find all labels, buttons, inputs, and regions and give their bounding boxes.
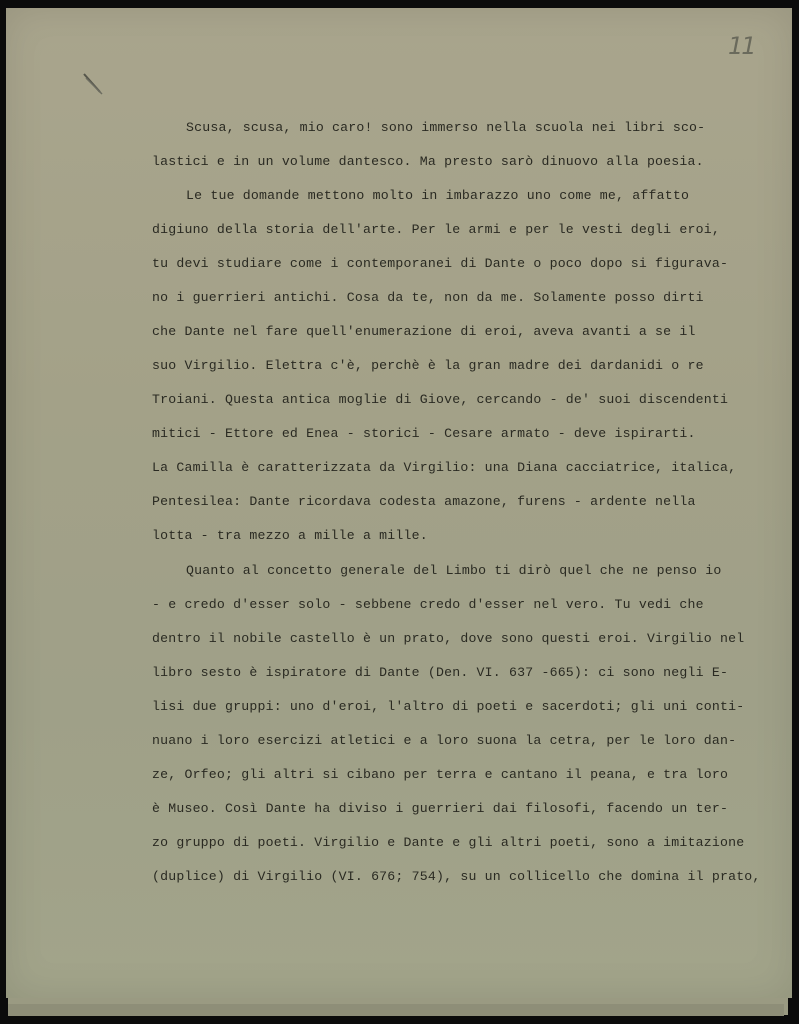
text-line: libro sesto è ispiratore di Dante (Den. … xyxy=(152,663,728,683)
text-line: che Dante nel fare quell'enumerazione di… xyxy=(152,322,696,342)
text-line: zo gruppo di poeti. Virgilio e Dante e g… xyxy=(152,833,744,853)
text-line: ze, Orfeo; gli altri si cibano per terra… xyxy=(152,765,728,785)
text-line: mitici - Ettore ed Enea - storici - Cesa… xyxy=(152,424,696,444)
staple-icon xyxy=(82,72,104,96)
text-line: lastici e in un volume dantesco. Ma pres… xyxy=(152,152,704,172)
text-line: Pentesilea: Dante ricordava codesta amaz… xyxy=(152,492,696,512)
text-line: Quanto al concetto generale del Limbo ti… xyxy=(186,561,722,581)
text-line: Le tue domande mettono molto in imbarazz… xyxy=(186,186,689,206)
text-line: suo Virgilio. Elettra c'è, perchè è la g… xyxy=(152,356,704,376)
text-line: - e credo d'esser solo - sebbene credo d… xyxy=(152,595,704,615)
underlying-sheet-edge xyxy=(8,1004,784,1016)
text-line: digiuno della storia dell'arte. Per le a… xyxy=(152,220,720,240)
text-line: dentro il nobile castello è un prato, do… xyxy=(152,629,744,649)
text-line: (duplice) di Virgilio (VI. 676; 754), su… xyxy=(152,867,761,887)
text-line: lotta - tra mezzo a mille a mille. xyxy=(152,526,428,546)
text-line: Troiani. Questa antica moglie di Giove, … xyxy=(152,390,728,410)
text-line: nuano i loro esercizi atletici e a loro … xyxy=(152,731,736,751)
handwritten-page-number: 11 xyxy=(728,32,755,60)
text-line: La Camilla è caratterizzata da Virgilio:… xyxy=(152,458,736,478)
typewritten-page: 11 Scusa, scusa, mio caro! sono immerso … xyxy=(6,8,792,998)
text-line: è Museo. Così Dante ha diviso i guerrier… xyxy=(152,799,728,819)
text-line: no i guerrieri antichi. Cosa da te, non … xyxy=(152,288,704,308)
text-line: lisi due gruppi: uno d'eroi, l'altro di … xyxy=(152,697,744,717)
text-line: Scusa, scusa, mio caro! sono immerso nel… xyxy=(186,118,705,138)
text-line: tu devi studiare come i contemporanei di… xyxy=(152,254,728,274)
